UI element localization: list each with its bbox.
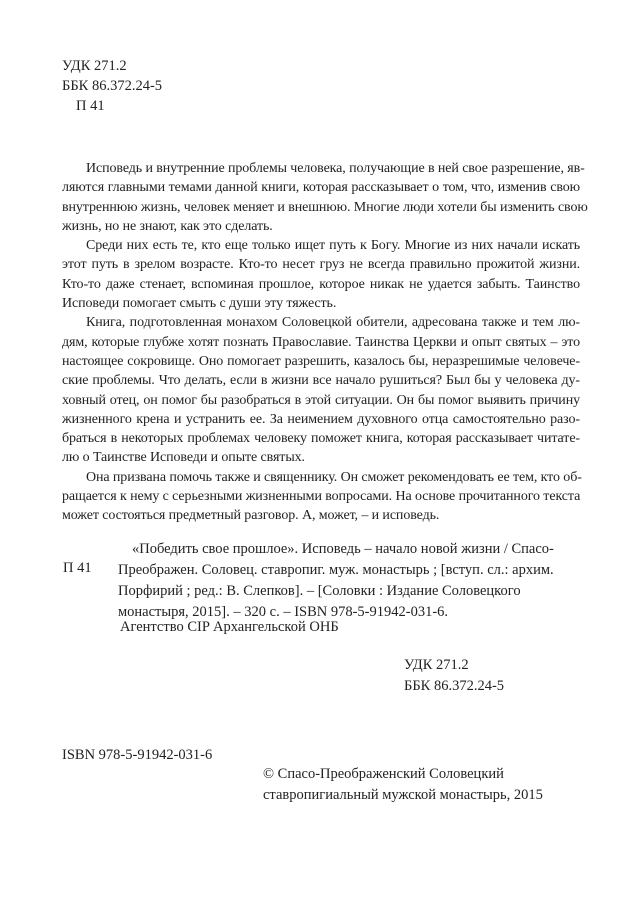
annotation-line: Среди них есть те, кто еще только ищет п…	[62, 236, 580, 255]
annotation-line: Исповедь и внутренние проблемы человека,…	[62, 159, 580, 178]
annotation-line: дям, которые глубже хотят познать Правос…	[62, 333, 580, 352]
copyright-line: © Спасо-Преображенский Соловецкий	[263, 764, 543, 785]
annotation-line: ляются главными темами данной книги, кот…	[62, 178, 580, 197]
author-sign: П 41	[62, 96, 162, 116]
biblio-line: Преображен. Соловец. ставропиг. муж. мон…	[118, 560, 558, 581]
annotation-line: браться в некоторых проблемах человеку п…	[62, 429, 580, 448]
bbk-code: ББК 86.372.24-5	[404, 676, 504, 697]
annotation-text: Исповедь и внутренние проблемы человека,…	[62, 159, 580, 526]
footer-classification-codes: УДК 271.2 ББК 86.372.24-5	[404, 655, 504, 697]
annotation-line: Кто-то даже стенает, вспоминая прошлое, …	[62, 275, 580, 294]
biblio-author-sign: П 41	[63, 560, 92, 577]
biblio-line: «Победить свое прошлое». Исповедь – нача…	[118, 539, 558, 560]
copyright-line: ставропигиальный мужской монастырь, 2015	[263, 785, 543, 806]
header-classification-codes: УДК 271.2 ББК 86.372.24-5 П 41	[62, 56, 162, 116]
udk-code: УДК 271.2	[62, 56, 162, 76]
annotation-line: Исповеди помогает смыть с души эту тяжес…	[62, 294, 580, 313]
annotation-line: ращается к нему с серьезными жизненными …	[62, 487, 580, 506]
annotation-line: этот путь в зрелом возрасте. Кто-то несе…	[62, 255, 580, 274]
cip-agency: Агентство CIP Архангельской ОНБ	[120, 619, 339, 636]
annotation-line: ские проблемы. Что делать, если в жизни …	[62, 371, 580, 390]
bibliographic-record: «Победить свое прошлое». Исповедь – нача…	[118, 539, 558, 623]
copyright-notice: © Спасо-Преображенский Соловецкий ставро…	[263, 764, 543, 806]
annotation-line: Она призвана помочь также и священнику. …	[62, 468, 580, 487]
annotation-line: внутреннюю жизнь, человек меняет и внешн…	[62, 198, 580, 217]
annotation-line: может состояться предметный разговор. А,…	[62, 506, 580, 525]
annotation-line: настоящее сокровище. Оно помогает разреш…	[62, 352, 580, 371]
annotation-line: Книга, подготовленная монахом Соловецкой…	[62, 313, 580, 332]
isbn: ISBN 978-5-91942-031-6	[62, 747, 212, 764]
annotation-line: лю о Таинстве Исповеди и опыте святых.	[62, 448, 580, 467]
annotation-line: жизнь, но не знают, как это сделать.	[62, 217, 580, 236]
udk-code: УДК 271.2	[404, 655, 504, 676]
annotation-line: ховный отец, он помог бы разобраться в э…	[62, 391, 580, 410]
bbk-code: ББК 86.372.24-5	[62, 76, 162, 96]
biblio-line: Порфирий ; ред.: В. Слепков]. – [Соловки…	[118, 581, 558, 602]
annotation-line: жизненного крена и устранить ее. За неим…	[62, 410, 580, 429]
